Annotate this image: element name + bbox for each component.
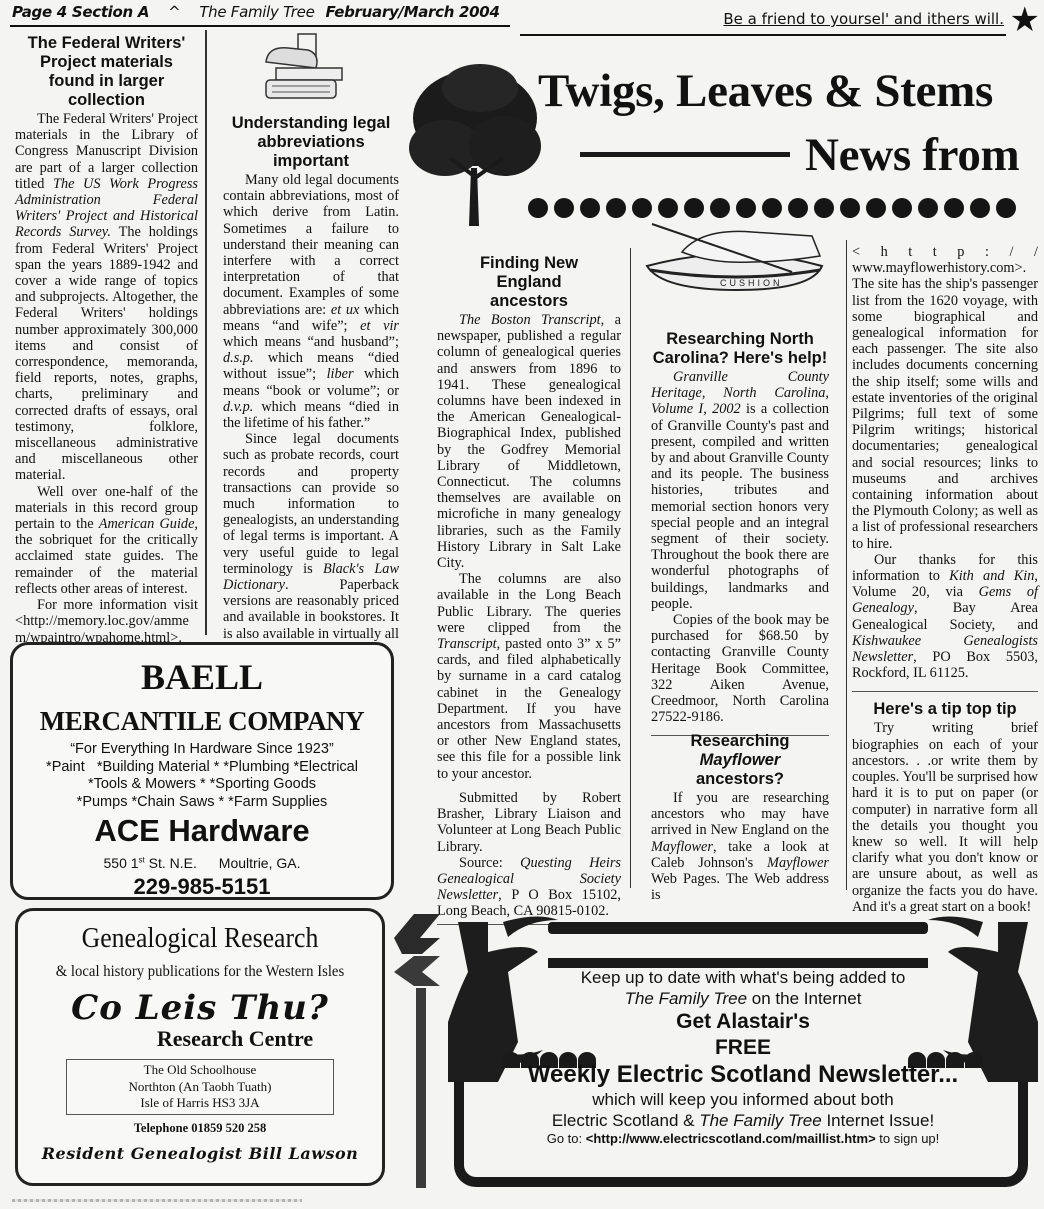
- ad-line: Keep up to date with what's being added …: [478, 967, 1008, 988]
- paragraph: Copies of the book may be purchased for …: [651, 612, 829, 725]
- paragraph-link: For more information visit <http://memor…: [15, 597, 198, 646]
- paragraph: < h t t p : / / www.mayflowerhistory.com…: [852, 244, 1038, 552]
- ad-subtitle: MERCANTILE COMPANY: [13, 705, 391, 737]
- ad-headline: Weekly Electric Scotland Newsletter...: [478, 1061, 1008, 1089]
- tip-headline: Here's a tip top tip: [852, 700, 1038, 719]
- article-federal-writers: The Federal Writers' Project materials f…: [15, 34, 198, 646]
- headline: Researching North Carolina? Here's help!: [651, 330, 829, 368]
- article-mayflower-continued: < h t t p : / / www.mayflowerhistory.com…: [852, 244, 1038, 915]
- paragraph-source: Source: Questing Heirs Genealogical Soci…: [437, 855, 621, 920]
- dot-ornament: [606, 198, 626, 218]
- signup-link[interactable]: <http://www.electricscotland.com/maillis…: [586, 1131, 876, 1146]
- column-rule-1: [205, 30, 207, 635]
- decorative-bar: [548, 922, 928, 934]
- dot-ornament: [840, 198, 860, 218]
- ad-text-block: Keep up to date with what's being added …: [478, 967, 1008, 1147]
- column-rule-3: [846, 240, 847, 890]
- ad-line: The Family Tree on the Internet: [478, 988, 1008, 1009]
- ad-electric-scotland: Keep up to date with what's being added …: [448, 912, 1038, 1197]
- svg-text:CUSHION: CUSHION: [720, 278, 783, 288]
- dot-rule: [528, 198, 1038, 218]
- article-separator: [852, 691, 1038, 692]
- dot-ornament: [814, 198, 834, 218]
- star-icon: ★: [1010, 4, 1040, 38]
- dot-ornament: [580, 198, 600, 218]
- header-rule-right: [520, 34, 1006, 36]
- issue-date: February/March 2004: [325, 3, 499, 21]
- ad-line: Get Alastair's: [478, 1009, 1008, 1035]
- ad-address: 550 1st St. N.E. Moultrie, GA.: [13, 855, 391, 871]
- pen-cushion-illustration: CUSHION: [642, 222, 832, 292]
- header-motto: Be a friend to yoursel' and ithers will.: [723, 10, 1004, 28]
- paragraph: Our thanks for this information to Kith …: [852, 552, 1038, 682]
- ad-slogan: “For Everything In Hardware Since 1923”: [13, 741, 391, 759]
- dot-ornament: [996, 198, 1016, 218]
- article-north-carolina: Researching North Carolina? Here's help!…: [651, 330, 829, 744]
- dot-ornament: [658, 198, 678, 218]
- headline: Researching Mayflower ancestors?: [651, 732, 829, 789]
- paragraph: Since legal documents such as probate re…: [223, 431, 399, 658]
- ad-products-line: *Tools & Mowers * *Sporting Goods: [13, 776, 391, 794]
- ad-products-line: *Pumps *Chain Saws * *Farm Supplies: [13, 794, 391, 812]
- article-mayflower: Researching Mayflower ancestors? If you …: [651, 732, 829, 903]
- paragraph: The Federal Writers' Project materials i…: [15, 111, 198, 484]
- books-illustration: [258, 32, 348, 102]
- article-new-england: Finding New England ancestors The Boston…: [437, 254, 621, 933]
- dot-ornament: [632, 198, 652, 218]
- page-bottom-noise: [12, 1199, 302, 1202]
- dot-ornament: [710, 198, 730, 218]
- arrow-decoration-icon: [392, 912, 442, 1192]
- banner-title-line2: News from: [805, 130, 1019, 180]
- ad-line: FREE: [478, 1035, 1008, 1061]
- publication-name: The Family Tree: [199, 3, 314, 21]
- paragraph: Try writing brief biographies on each of…: [852, 720, 1038, 914]
- mayflower-url: < h t t p : / / www.mayflowerhistory.com…: [852, 244, 1038, 276]
- dot-ornament: [892, 198, 912, 218]
- ad-phone: 229-985-5151: [13, 874, 391, 900]
- dot-ornament: [970, 198, 990, 218]
- paragraph: If you are researching ancestors who may…: [651, 790, 829, 903]
- page-label: Page 4 Section A: [12, 3, 149, 21]
- headline: Finding New England ancestors: [437, 254, 621, 311]
- article-legal-abbreviations: Understanding legal abbreviations import…: [223, 114, 399, 658]
- ad-brand: ACE Hardware: [13, 813, 391, 849]
- ad-line: which will keep you informed about both: [478, 1089, 1008, 1110]
- paragraph: The Boston Transcript, a newspaper, publ…: [437, 312, 621, 571]
- paragraph: Many old legal documents contain abbrevi…: [223, 172, 399, 431]
- ad-title: Genealogical Research: [33, 923, 368, 955]
- paragraph-credit: Submitted by Robert Brasher, Library Lia…: [437, 790, 621, 855]
- dot-ornament: [788, 198, 808, 218]
- banner-rule: [580, 152, 790, 157]
- paragraph: The columns are also available in the Lo…: [437, 571, 621, 782]
- ad-baell-mercantile: BAELL MERCANTILE COMPANY “For Everything…: [10, 642, 394, 900]
- dot-ornament: [554, 198, 574, 218]
- ad-resident-genealogist: Resident Genealogist Bill Lawson: [18, 1144, 382, 1163]
- paragraph: Well over one-half of the materials in t…: [15, 484, 198, 597]
- dot-ornament: [866, 198, 886, 218]
- headline: Understanding legal abbreviations import…: [223, 114, 399, 171]
- ad-telephone: Telephone 01859 520 258: [18, 1121, 382, 1136]
- ad-centre-label: Research Centre: [88, 1027, 382, 1051]
- dot-ornament: [944, 198, 964, 218]
- ad-products-line: *Paint *Building Material * *Plumbing *E…: [13, 759, 391, 777]
- dot-ornament: [918, 198, 938, 218]
- header-rule-left: [10, 25, 510, 27]
- column-rule-2: [630, 248, 631, 888]
- ad-title: BAELL: [13, 657, 391, 697]
- headline: The Federal Writers' Project materials f…: [15, 34, 198, 110]
- ad-address-box: The Old Schoolhouse Northton (An Taobh T…: [66, 1059, 334, 1115]
- dot-ornament: [684, 198, 704, 218]
- paragraph: Granville County Heritage, North Carolin…: [651, 369, 829, 612]
- ad-centre-name: Co Leis Thu?: [18, 989, 382, 1027]
- ad-line: Electric Scotland & The Family Tree Inte…: [478, 1110, 1008, 1131]
- banner-title-line1: Twigs, Leaves & Stems: [538, 66, 993, 116]
- ad-genealogical-research: Genealogical Research & local history pu…: [15, 908, 385, 1186]
- tree-illustration: [405, 58, 545, 228]
- caret-mark: ^: [168, 3, 180, 21]
- ad-signup-line: Go to: <http://www.electricscotland.com/…: [478, 1131, 1008, 1147]
- dot-ornament: [736, 198, 756, 218]
- dot-ornament: [762, 198, 782, 218]
- ad-subtitle: & local history publications for the Wes…: [33, 963, 368, 981]
- page-header-left: Page 4 Section A ^ The Family Tree Febru…: [12, 3, 500, 21]
- dot-ornament: [528, 198, 548, 218]
